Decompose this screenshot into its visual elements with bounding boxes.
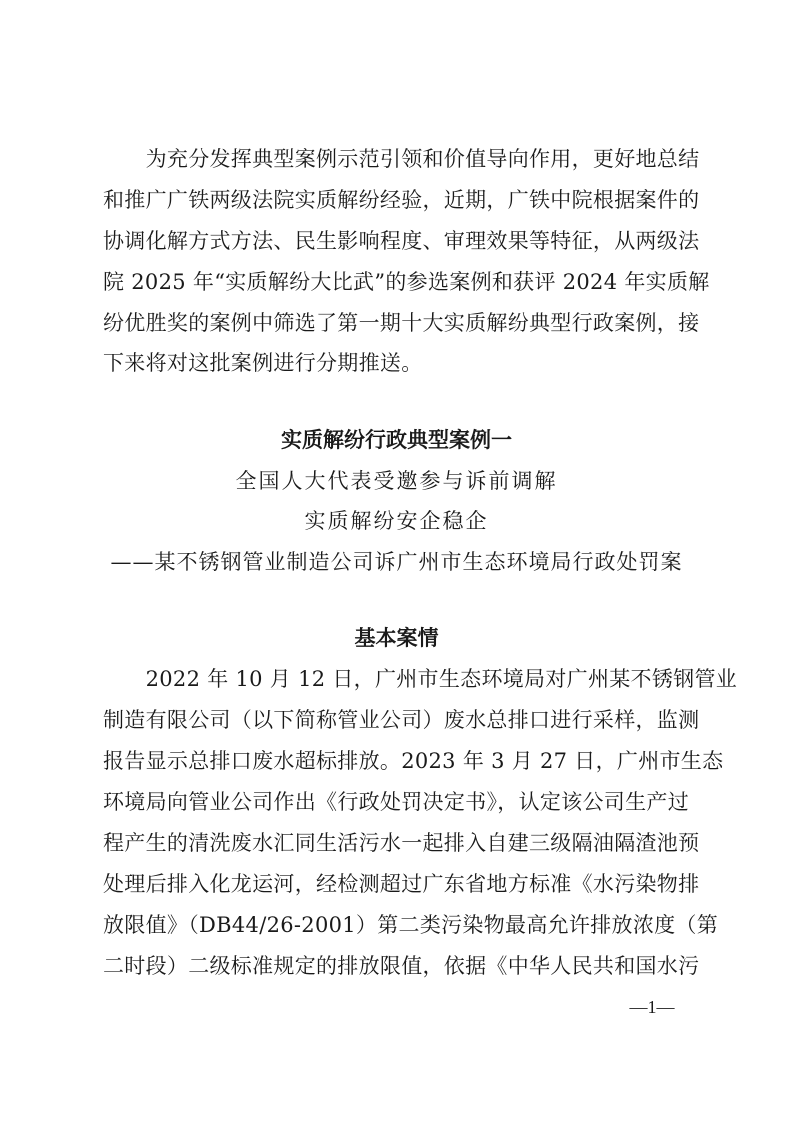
intro-line: 为充分发挥典型案例示范引领和价值导向作用，更好地总结 bbox=[103, 139, 689, 180]
body-line: 环境局向管业公司作出《行政处罚决定书》，认定该公司生产过 bbox=[103, 782, 689, 823]
section-heading: 基本案情 bbox=[0, 618, 793, 659]
document-page: 为充分发挥典型案例示范引领和价值导向作用，更好地总结 和推广广铁两级法院实质解纷… bbox=[0, 0, 793, 1122]
case-subtitle-1: 全国人大代表受邀参与诉前调解 bbox=[0, 461, 793, 502]
body-line: 处理后排入化龙运河，经检测超过广东省地方标准《水污染物排 bbox=[103, 864, 689, 905]
body-line: 报告显示总排口废水超标排放。2023 年 3 月 27 日，广州市生态 bbox=[103, 741, 689, 782]
body-line: 程产生的清洗废水汇同生活污水一起排入自建三级隔油隔渣池预 bbox=[103, 823, 689, 864]
page-number: —1— bbox=[624, 992, 680, 1022]
case-subtitle-3: ——某不锈钢管业制造公司诉广州市生态环境局行政处罚案 bbox=[0, 542, 793, 583]
intro-line: 和推广广铁两级法院实质解纷经验，近期，广铁中院根据案件的 bbox=[103, 180, 689, 221]
intro-line: 下来将对这批案例进行分期推送。 bbox=[103, 343, 689, 384]
intro-line: 院 2025 年“实质解纷大比武”的参选案例和获评 2024 年实质解 bbox=[103, 262, 689, 303]
intro-line: 纷优胜奖的案例中筛选了第一期十大实质解纷典型行政案例，接 bbox=[103, 303, 689, 344]
body-line: 放限值》（DB44/26-2001）第二类污染物最高允许排放浓度（第 bbox=[103, 905, 689, 946]
intro-line: 协调化解方式方法、民生影响程度、审理效果等特征，从两级法 bbox=[103, 221, 689, 262]
case-title: 实质解纷行政典型案例一 bbox=[0, 420, 793, 461]
body-line: 2022 年 10 月 12 日，广州市生态环境局对广州某不锈钢管业 bbox=[103, 659, 689, 700]
body-line: 制造有限公司（以下简称管业公司）废水总排口进行采样，监测 bbox=[103, 700, 689, 741]
body-line: 二时段）二级标准规定的排放限值，依据《中华人民共和国水污 bbox=[103, 946, 689, 987]
case-subtitle-2: 实质解纷安企稳企 bbox=[0, 501, 793, 542]
